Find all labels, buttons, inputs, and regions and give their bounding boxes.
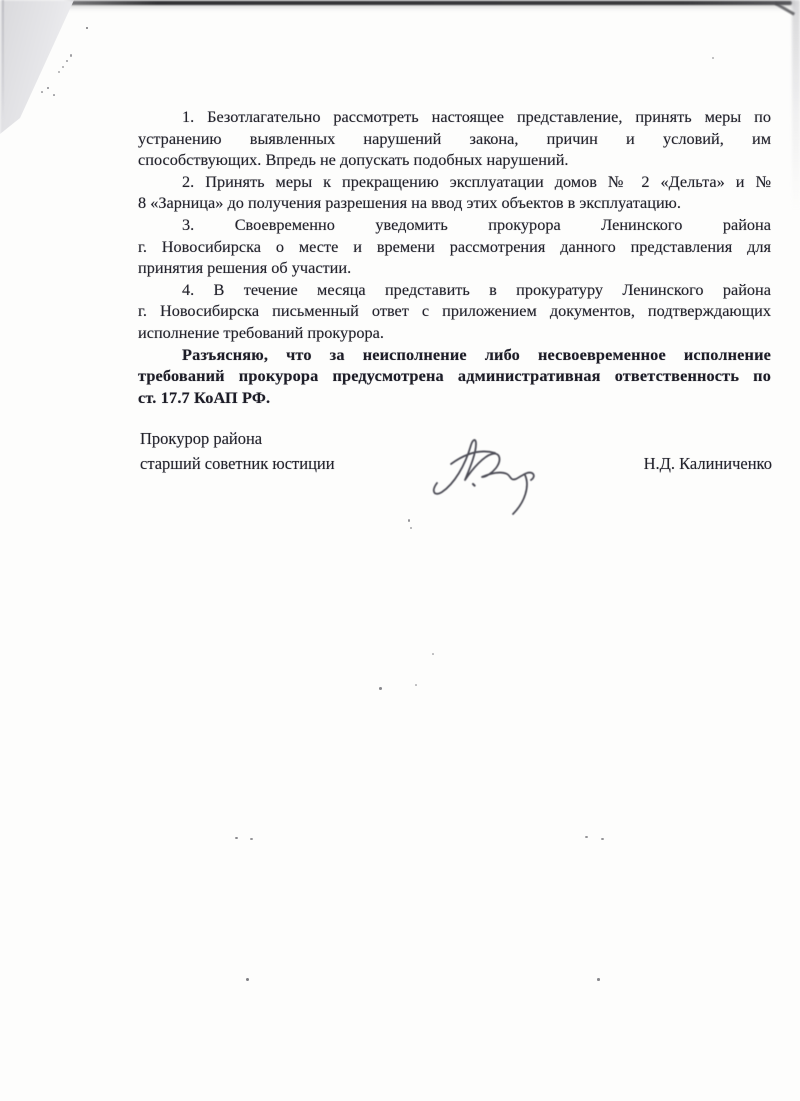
signoff-position-line1: Прокурор района — [140, 429, 262, 449]
scanned-document-page: 1. Безотлагательно рассмотреть настоящее… — [0, 0, 800, 1101]
document-line: 4. В течение месяца представить в прокур… — [138, 279, 771, 301]
document-line: 8 «Зарница» до получения разрешения на в… — [138, 192, 771, 214]
scan-speck — [246, 978, 249, 981]
document-line: ст. 17.7 КоАП РФ. — [138, 387, 771, 409]
document-line: исполнение требований прокурора. — [138, 322, 771, 344]
handwritten-signature — [421, 427, 556, 517]
scan-speck — [601, 838, 604, 840]
scan-speck — [58, 71, 60, 73]
scan-speck — [47, 87, 49, 89]
document-body-text: 1. Безотлагательно рассмотреть настоящее… — [138, 106, 771, 408]
document-line: устранению выявленных нарушений закона, … — [138, 128, 771, 150]
document-line: способствующих. Впредь не допускать подо… — [138, 149, 771, 171]
scan-speck — [62, 66, 64, 68]
document-line: принятия решения об участии. — [138, 257, 771, 279]
scan-speck — [66, 60, 68, 62]
scan-artifact-right-edge — [792, 0, 800, 210]
scan-speck — [379, 687, 382, 690]
signatory-name: Н.Д. Калиниченко — [615, 454, 772, 474]
document-line: 1. Безотлагательно рассмотреть настоящее… — [138, 106, 771, 128]
scan-speck — [410, 527, 412, 529]
scan-speck — [250, 838, 253, 840]
scan-artifact-left-edge — [2, 0, 4, 120]
scan-speck — [41, 91, 43, 93]
scan-speck — [432, 653, 434, 655]
scan-speck — [86, 27, 88, 29]
document-line: Разъясняю, что за неисполнение либо несв… — [138, 344, 771, 366]
document-line: 2. Принять меры к прекращению эксплуатац… — [138, 171, 771, 193]
scan-speck — [415, 684, 417, 686]
scan-artifact-folded-corner — [0, 0, 90, 140]
document-line: г. Новосибирска письменный ответ с прило… — [138, 300, 771, 322]
scan-speck — [235, 837, 238, 839]
scan-speck — [585, 836, 588, 838]
scan-speck — [70, 54, 72, 57]
document-line: 3. Своевременно уведомить прокурора Лени… — [138, 214, 771, 236]
scan-speck — [53, 94, 55, 96]
scan-speck — [408, 519, 410, 522]
document-line: г. Новосибирска о месте и времени рассмо… — [138, 236, 771, 258]
signoff-position-line2: старший советник юстиции — [140, 454, 335, 474]
scan-artifact-top-edge — [70, 1, 792, 5]
document-line: требований прокурора предусмотрена админ… — [138, 365, 771, 387]
scan-speck — [712, 57, 714, 59]
scan-speck — [597, 978, 600, 981]
